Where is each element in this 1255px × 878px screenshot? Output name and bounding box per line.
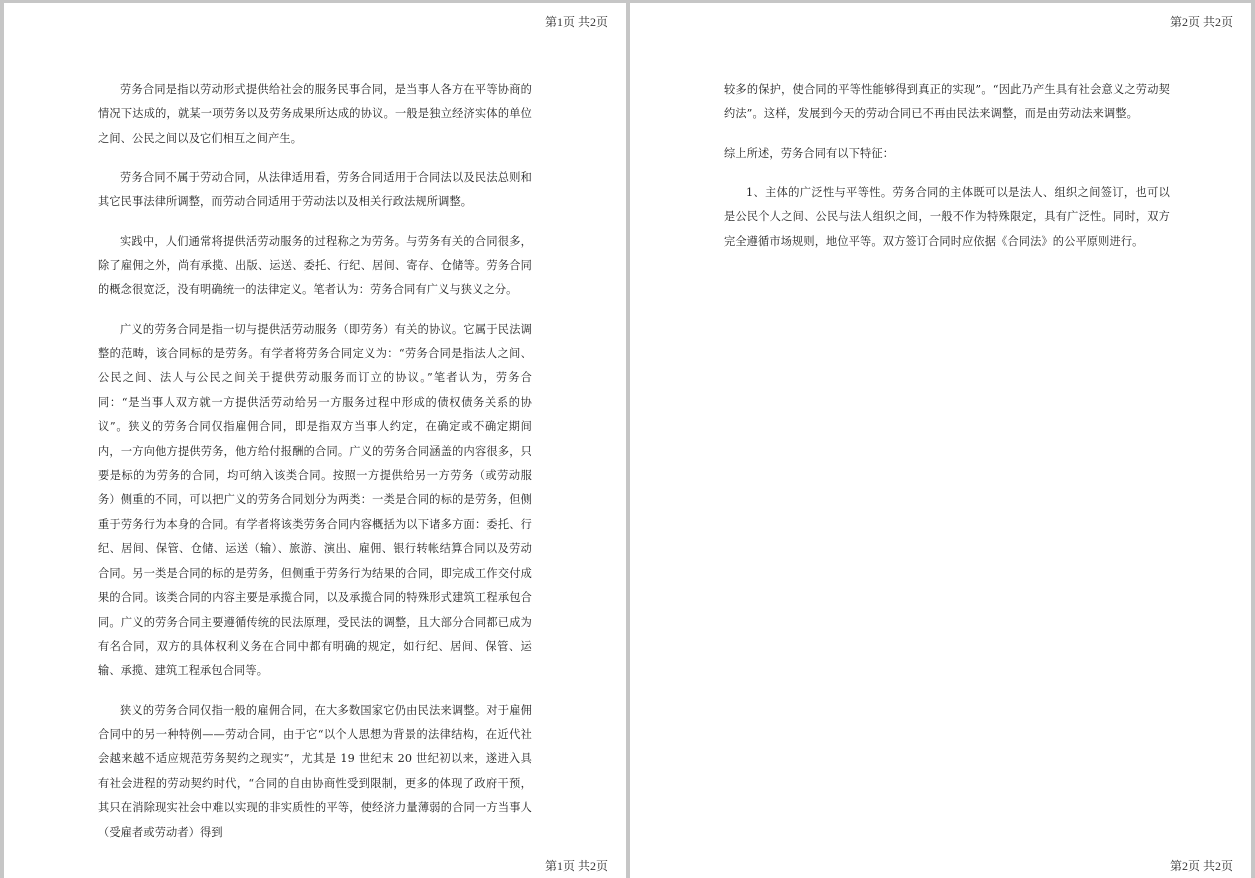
paragraph-continued: 较多的保护，使合同的平等性能够得到真正的实现”。“因此乃产生具有社会意义之劳动契… xyxy=(724,78,1170,127)
list-item-feature-1: 1、主体的广泛性与平等性。劳务合同的主体既可以是法人、组织之间签订，也可以是公民… xyxy=(724,181,1170,254)
paragraph-summary-intro: 综上所述，劳务合同有以下特征： xyxy=(724,142,1170,166)
page-footer-number: 第2页 共2页 xyxy=(1170,857,1233,874)
page-footer-number: 第1页 共2页 xyxy=(545,857,608,874)
paragraph: 劳务合同是指以劳动形式提供给社会的服务民事合同，是当事人各方在平等协商的情况下达… xyxy=(98,78,532,151)
document-page-2: 第2页 共2页 较多的保护，使合同的平等性能够得到真正的实现”。“因此乃产生具有… xyxy=(630,3,1251,878)
page-body: 劳务合同是指以劳动形式提供给社会的服务民事合同，是当事人各方在平等协商的情况下达… xyxy=(98,78,532,860)
paragraph: 狭义的劳务合同仅指一般的雇佣合同，在大多数国家它仍由民法来调整。对于雇佣合同中的… xyxy=(98,699,532,845)
page-header-number: 第2页 共2页 xyxy=(1170,13,1233,30)
page-header-number: 第1页 共2页 xyxy=(545,13,608,30)
document-page-1: 第1页 共2页 劳务合同是指以劳动形式提供给社会的服务民事合同，是当事人各方在平… xyxy=(4,3,626,878)
paragraph: 劳务合同不属于劳动合同，从法律适用看，劳务合同适用于合同法以及民法总则和其它民事… xyxy=(98,166,532,215)
paragraph: 实践中，人们通常将提供活劳动服务的过程称之为劳务。与劳务有关的合同很多，除了雇佣… xyxy=(98,230,532,303)
page-body: 较多的保护，使合同的平等性能够得到真正的实现”。“因此乃产生具有社会意义之劳动契… xyxy=(724,78,1170,269)
paragraph: 广义的劳务合同是指一切与提供活劳动服务（即劳务）有关的协议。它属于民法调整的范畴… xyxy=(98,318,532,684)
